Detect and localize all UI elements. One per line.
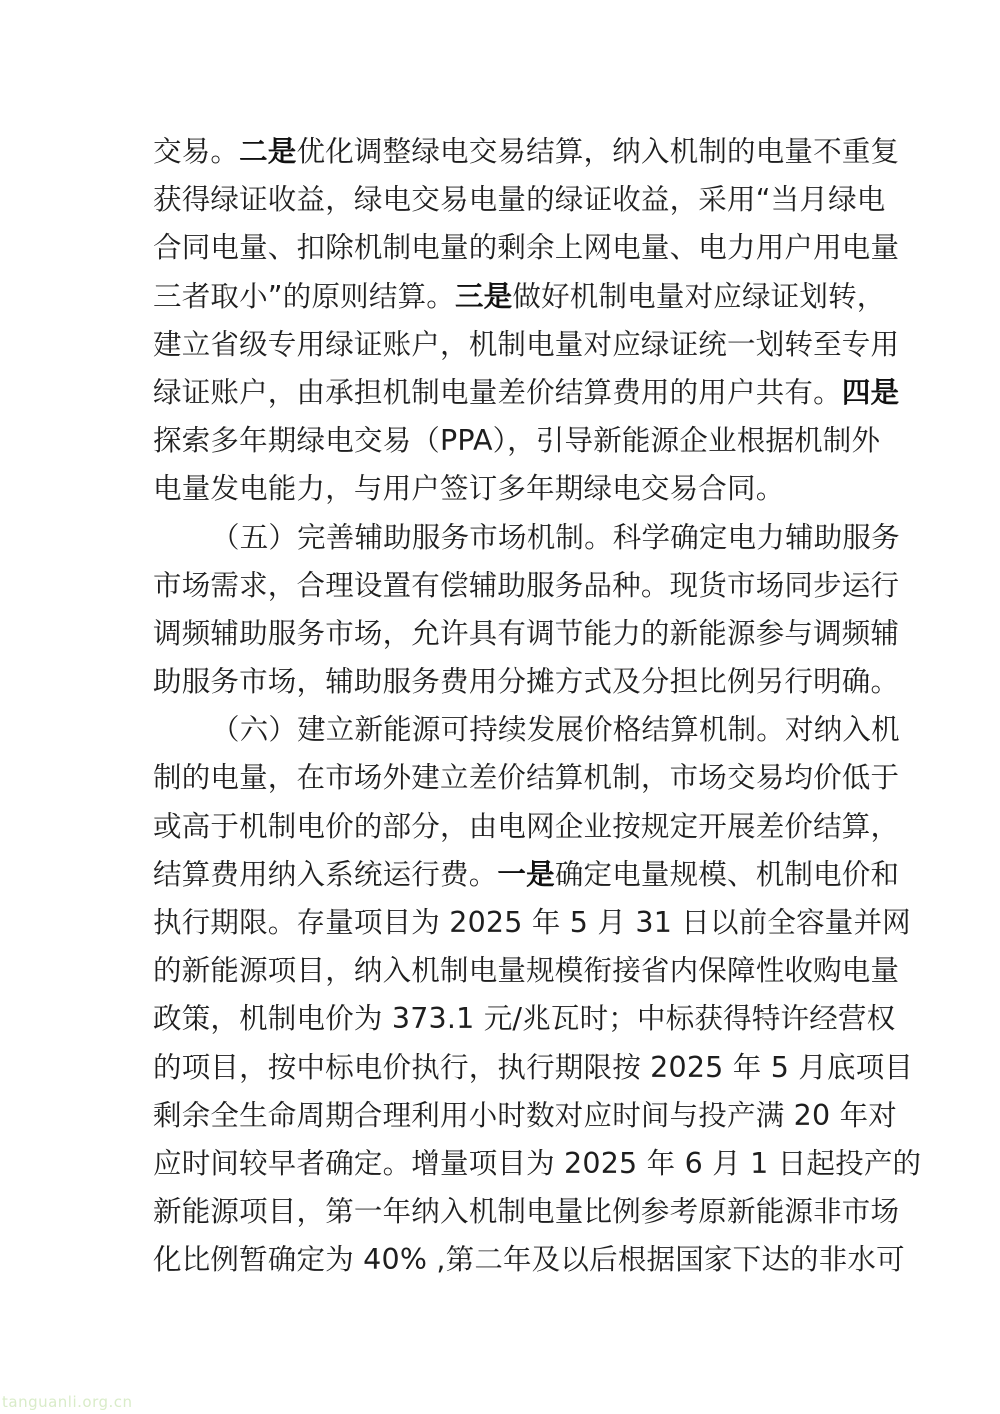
text-line: 的新能源项目，纳入机制电量规模衔接省内保障性收购电量 — [153, 947, 853, 995]
text-line: 调频辅助服务市场，允许具有调节能力的新能源参与调频辅 — [153, 610, 853, 658]
body-text: 结算费用纳入系统运行费。 — [153, 858, 497, 891]
body-text: 新能源项目，第一年纳入机制电量比例参考原新能源非市场 — [153, 1195, 899, 1228]
body-text: 交易。 — [153, 135, 239, 168]
text-line: 合同电量、扣除机制电量的剩余上网电量、电力用户用电量 — [153, 224, 853, 272]
text-line: 建立省级专用绿证账户，机制电量对应绿证统一划转至专用 — [153, 321, 853, 369]
text-line: （五）完善辅助服务市场机制。科学确定电力辅助服务 — [153, 514, 853, 562]
body-text: 电量发电能力，与用户签订多年期绿电交易合同。 — [153, 472, 784, 505]
text-line: 执行期限。存量项目为 2025 年 5 月 31 日以前全容量并网 — [153, 899, 853, 947]
body-text: 探索多年期绿电交易（PPA），引导新能源企业根据机制外 — [153, 424, 880, 457]
emphasis-text: 二是 — [239, 135, 296, 168]
text-line: 三者取小”的原则结算。三是做好机制电量对应绿证划转， — [153, 273, 853, 321]
body-text: 或高于机制电价的部分，由电网企业按规定开展差价结算， — [153, 810, 899, 843]
text-line: 应时间较早者确定。增量项目为 2025 年 6 月 1 日起投产的 — [153, 1140, 853, 1188]
emphasis-text: 三是 — [455, 280, 512, 313]
body-text: 建立省级专用绿证账户，机制电量对应绿证统一划转至专用 — [153, 328, 899, 361]
text-line: 制的电量，在市场外建立差价结算机制，市场交易均价低于 — [153, 754, 853, 802]
text-line: 绿证账户，由承担机制电量差价结算费用的用户共有。四是 — [153, 369, 853, 417]
text-line: 助服务市场，辅助服务费用分摊方式及分担比例另行明确。 — [153, 658, 853, 706]
body-text: 调频辅助服务市场，允许具有调节能力的新能源参与调频辅 — [153, 617, 899, 650]
body-text: 绿证账户，由承担机制电量差价结算费用的用户共有。 — [153, 376, 842, 409]
text-line: 交易。二是优化调整绿电交易结算，纳入机制的电量不重复 — [153, 128, 853, 176]
body-text: 的新能源项目，纳入机制电量规模衔接省内保障性收购电量 — [153, 954, 899, 987]
body-text: 确定电量规模、机制电价和 — [555, 858, 899, 891]
text-line: （六）建立新能源可持续发展价格结算机制。对纳入机 — [153, 706, 853, 754]
text-line: 或高于机制电价的部分，由电网企业按规定开展差价结算， — [153, 803, 853, 851]
body-text: 执行期限。存量项目为 2025 年 5 月 31 日以前全容量并网 — [153, 906, 911, 939]
text-line: 的项目，按中标电价执行，执行期限按 2025 年 5 月底项目 — [153, 1044, 853, 1092]
text-line: 剩余全生命周期合理利用小时数对应时间与投产满 20 年对 — [153, 1092, 853, 1140]
text-line: 化比例暂确定为 40% ,第二年及以后根据国家下达的非水可 — [153, 1236, 853, 1284]
body-text: 化比例暂确定为 40% ,第二年及以后根据国家下达的非水可 — [153, 1243, 905, 1276]
body-text: 制的电量，在市场外建立差价结算机制，市场交易均价低于 — [153, 761, 899, 794]
text-line: 政策，机制电价为 373.1 元/兆瓦时；中标获得特许经营权 — [153, 995, 853, 1043]
document-page: 交易。二是优化调整绿电交易结算，纳入机制的电量不重复获得绿证收益，绿电交易电量的… — [153, 128, 853, 1285]
text-line: 结算费用纳入系统运行费。一是确定电量规模、机制电价和 — [153, 851, 853, 899]
body-text: 助服务市场，辅助服务费用分摊方式及分担比例另行明确。 — [153, 665, 899, 698]
emphasis-text: 一是 — [497, 858, 554, 891]
body-text: 获得绿证收益，绿电交易电量的绿证收益，采用“当月绿电 — [153, 183, 885, 216]
body-text: 应时间较早者确定。增量项目为 2025 年 6 月 1 日起投产的 — [153, 1147, 921, 1180]
body-text: 做好机制电量对应绿证划转， — [512, 280, 885, 313]
text-line: 获得绿证收益，绿电交易电量的绿证收益，采用“当月绿电 — [153, 176, 853, 224]
body-text: 合同电量、扣除机制电量的剩余上网电量、电力用户用电量 — [153, 231, 899, 264]
body-text: 优化调整绿电交易结算，纳入机制的电量不重复 — [297, 135, 900, 168]
body-text: （六）建立新能源可持续发展价格结算机制。对纳入机 — [211, 713, 900, 746]
body-text: 政策，机制电价为 373.1 元/兆瓦时；中标获得特许经营权 — [153, 1002, 895, 1035]
text-line: 市场需求，合理设置有偿辅助服务品种。现货市场同步运行 — [153, 562, 853, 610]
body-text: 市场需求，合理设置有偿辅助服务品种。现货市场同步运行 — [153, 569, 899, 602]
text-line: 探索多年期绿电交易（PPA），引导新能源企业根据机制外 — [153, 417, 853, 465]
text-line: 新能源项目，第一年纳入机制电量比例参考原新能源非市场 — [153, 1188, 853, 1236]
body-text: 剩余全生命周期合理利用小时数对应时间与投产满 20 年对 — [153, 1099, 897, 1132]
watermark: tanguanli.org.cn — [2, 1393, 133, 1411]
emphasis-text: 四是 — [842, 376, 899, 409]
body-text: （五）完善辅助服务市场机制。科学确定电力辅助服务 — [211, 521, 900, 554]
text-line: 电量发电能力，与用户签订多年期绿电交易合同。 — [153, 465, 853, 513]
body-text: 三者取小”的原则结算。 — [153, 280, 455, 313]
body-text: 的项目，按中标电价执行，执行期限按 2025 年 5 月底项目 — [153, 1051, 913, 1084]
